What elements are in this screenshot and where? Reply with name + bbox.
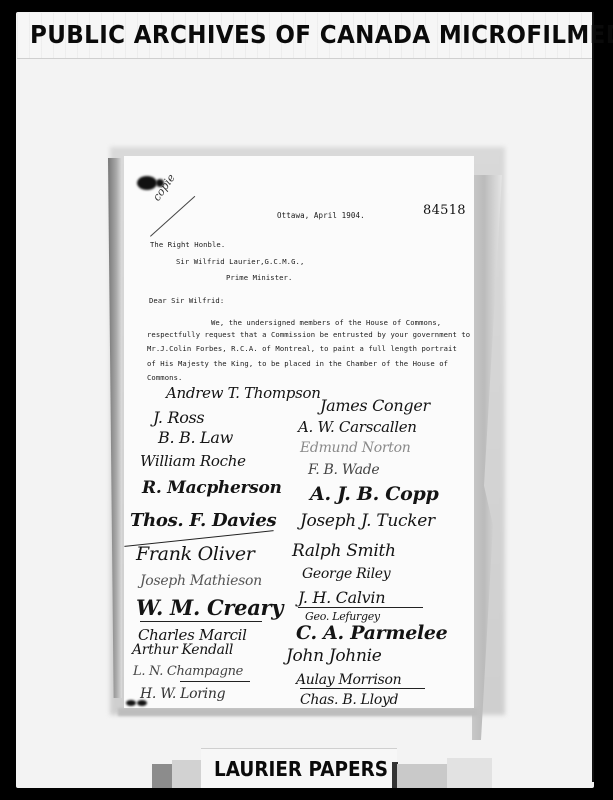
signature: William Roche xyxy=(140,452,246,470)
archive-banner-text: PUBLIC ARCHIVES OF CANADA MICROFILMED 19… xyxy=(30,20,545,49)
signature: F. B. Wade xyxy=(308,462,379,478)
signature: B. B. Law xyxy=(158,428,233,447)
signature: Chas. B. Lloyd xyxy=(300,692,398,708)
address-name: Sir Wilfrid Laurier,G.C.M.G., xyxy=(176,257,304,266)
signature: J. Ross xyxy=(153,408,204,427)
signature-underline xyxy=(298,607,423,608)
signature: George Riley xyxy=(302,566,390,582)
document-bottom-shadow xyxy=(118,708,478,716)
ink-blot-mark xyxy=(126,700,136,706)
signature: Andrew T. Thompson xyxy=(166,384,321,402)
signature: Ralph Smith xyxy=(292,541,396,561)
address-title: Prime Minister. xyxy=(226,273,292,282)
microfilm-frame: PUBLIC ARCHIVES OF CANADA MICROFILMED 19… xyxy=(0,0,613,800)
signature: W. M. Creary xyxy=(136,595,283,620)
signature: Frank Oliver xyxy=(136,543,255,565)
signature: C. A. Parmelee xyxy=(296,622,447,644)
signature-underline xyxy=(300,688,425,689)
signature-underline xyxy=(180,681,250,682)
footer-tape-left-dark xyxy=(152,764,172,788)
signature: John Johnie xyxy=(286,646,382,666)
letter-greeting: Dear Sir Wilfrid: xyxy=(149,296,224,305)
signature: J. H. Calvin xyxy=(298,588,385,607)
signature: Joseph Mathieson xyxy=(140,573,262,589)
address-salutation: The Right Honble. xyxy=(150,240,225,249)
signature: R. Macpherson xyxy=(142,478,282,498)
signature: A. W. Carscallen xyxy=(298,418,417,436)
document-number: 84518 xyxy=(423,203,466,218)
signature: A. J. B. Copp xyxy=(310,483,438,505)
signature: Aulay Morrison xyxy=(296,672,401,688)
body-line: of His Majesty the King, to be placed in… xyxy=(147,359,448,368)
right-border-line xyxy=(592,12,594,782)
collection-label-text: LAURIER PAPERS xyxy=(214,757,388,781)
body-line: We, the undersigned members of the House… xyxy=(211,318,441,327)
signature: James Conger xyxy=(320,396,430,415)
body-line: Commons. xyxy=(147,373,182,382)
body-line: respectfully request that a Commission b… xyxy=(147,330,470,339)
signature: H. W. Loring xyxy=(140,686,225,702)
signature: L. N. Champagne xyxy=(133,664,243,679)
body-line: Mr.J.Colin Forbes, R.C.A. of Montreal, t… xyxy=(147,344,457,353)
signature-underline xyxy=(140,621,262,622)
footer-tape-right xyxy=(397,764,447,788)
letter-date: Ottawa, April 1904. xyxy=(277,211,365,220)
signature: Edmund Norton xyxy=(300,440,410,456)
signature: Arthur Kendall xyxy=(132,642,233,658)
footer-tape-left xyxy=(172,760,202,788)
signature: Thos. F. Davies xyxy=(130,510,276,531)
footer-tape-right-light xyxy=(447,758,492,788)
signature: Joseph J. Tucker xyxy=(300,511,435,531)
